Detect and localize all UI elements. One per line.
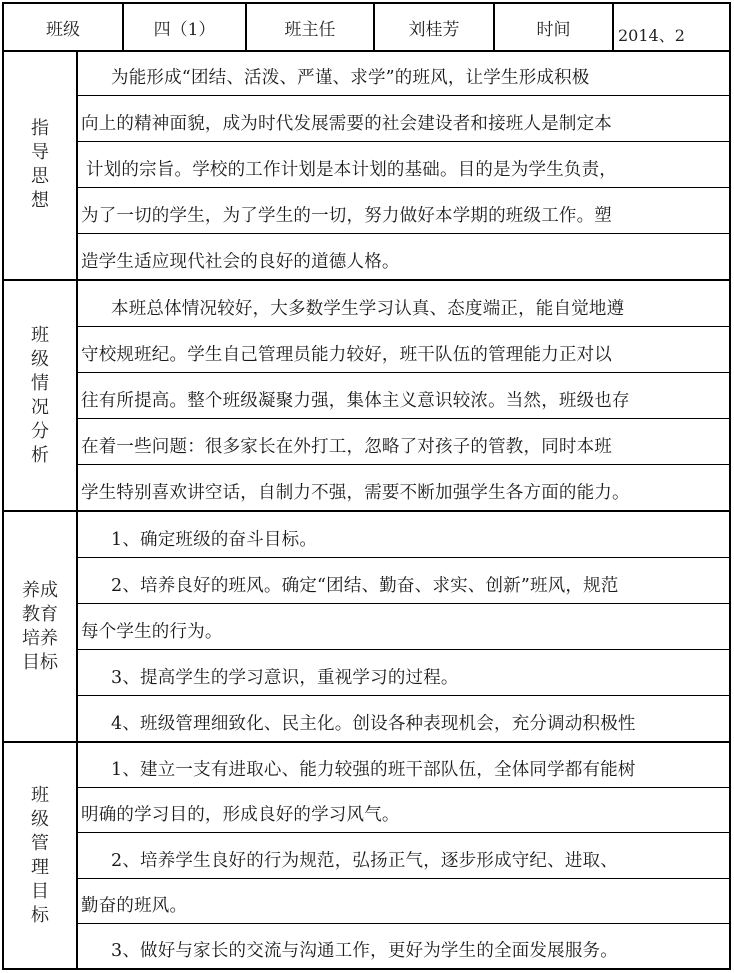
header-row: 班级 四（1） 班主任 刘桂芳 时间 2014、2	[4, 4, 729, 52]
text-line: 勤奋的班风。	[78, 879, 729, 924]
text-line: 向上的精神面貌，成为时代发展需要的社会建设者和接班人是制定本	[78, 96, 729, 142]
text-line: 学生特别喜欢讲空话，自制力不强，需要不断加强学生各方面的能力。	[78, 465, 729, 510]
section-label-text: 指 导 思 想	[31, 117, 49, 213]
time-value: 2014、2	[614, 4, 729, 50]
text-line: 明确的学习目的，形成良好的学习风气。	[78, 788, 729, 833]
text-line: 1、确定班级的奋斗目标。	[78, 512, 729, 558]
section-label-text: 班 级 情 况 分 析	[31, 324, 49, 468]
text-line: 2、培养良好的班风。确定“团结、勤奋、求实、创新”班风，规范	[78, 558, 729, 604]
section-label: 班 级 情 况 分 析	[4, 281, 78, 510]
class-work-plan-table: 班级 四（1） 班主任 刘桂芳 时间 2014、2 指 导 思 想 为能形成“团…	[2, 2, 731, 970]
text-line: 4、班级管理细致化、民主化。创设各种表现机会，充分调动积极性	[78, 696, 729, 741]
section-content: 1、确定班级的奋斗目标。 2、培养良好的班风。确定“团结、勤奋、求实、创新”班风…	[78, 512, 729, 741]
text-line: 守校规班纪。学生自己管理员能力较好，班干队伍的管理能力正对以	[78, 327, 729, 373]
class-value: 四（1）	[124, 4, 247, 50]
section-content: 本班总体情况较好，大多数学生学习认真、态度端正，能自觉地遵 守校规班纪。学生自己…	[78, 281, 729, 510]
section-label-text: 养成 教育 培养 目标	[22, 579, 58, 675]
text-line: 3、提高学生的学习意识，重视学习的过程。	[78, 650, 729, 696]
text-line: 为了一切的学生，为了学生的一切，努力做好本学期的班级工作。塑	[78, 188, 729, 234]
text-line: 为能形成“团结、活泼、严谨、求学”的班风，让学生形成积极	[78, 50, 729, 96]
section-content: 1、建立一支有进取心、能力较强的班干部队伍，全体同学都有能树 明确的学习目的，形…	[78, 743, 729, 968]
text-line: 在着一些问题：很多家长在外打工，忽略了对孩子的管教，同时本班	[78, 419, 729, 465]
text-line: 每个学生的行为。	[78, 604, 729, 650]
section-label: 班 级 管 理 目 标	[4, 743, 78, 968]
teacher-value: 刘桂芳	[375, 4, 495, 50]
text-line: 3、做好与家长的交流与沟通工作，更好为学生的全面发展服务。	[78, 924, 729, 968]
section-label-text: 班 级 管 理 目 标	[31, 784, 49, 928]
time-label: 时间	[495, 4, 614, 50]
text-line: 往有所提高。整个班级凝聚力强，集体主义意识较浓。当然，班级也存	[78, 373, 729, 419]
section-guiding-ideology: 指 导 思 想 为能形成“团结、活泼、严谨、求学”的班风，让学生形成积极 向上的…	[4, 50, 729, 281]
section-content: 为能形成“团结、活泼、严谨、求学”的班风，让学生形成积极 向上的精神面貌，成为时…	[78, 50, 729, 279]
text-line: 造学生适应现代社会的良好的道德人格。	[78, 234, 729, 279]
section-class-analysis: 班 级 情 况 分 析 本班总体情况较好，大多数学生学习认真、态度端正，能自觉地…	[4, 281, 729, 512]
section-management-goals: 班 级 管 理 目 标 1、建立一支有进取心、能力较强的班干部队伍，全体同学都有…	[4, 743, 729, 968]
text-line: 1、建立一支有进取心、能力较强的班干部队伍，全体同学都有能树	[78, 743, 729, 788]
text-line: 计划的宗旨。学校的工作计划是本计划的基础。目的是为学生负责，	[78, 142, 729, 188]
section-label: 指 导 思 想	[4, 50, 78, 279]
section-education-goals: 养成 教育 培养 目标 1、确定班级的奋斗目标。 2、培养良好的班风。确定“团结…	[4, 512, 729, 743]
class-label: 班级	[4, 4, 124, 50]
text-line: 2、培养学生良好的行为规范，弘扬正气，逐步形成守纪、进取、	[78, 833, 729, 878]
section-label: 养成 教育 培养 目标	[4, 512, 78, 741]
teacher-label: 班主任	[247, 4, 375, 50]
text-line: 本班总体情况较好，大多数学生学习认真、态度端正，能自觉地遵	[78, 281, 729, 327]
